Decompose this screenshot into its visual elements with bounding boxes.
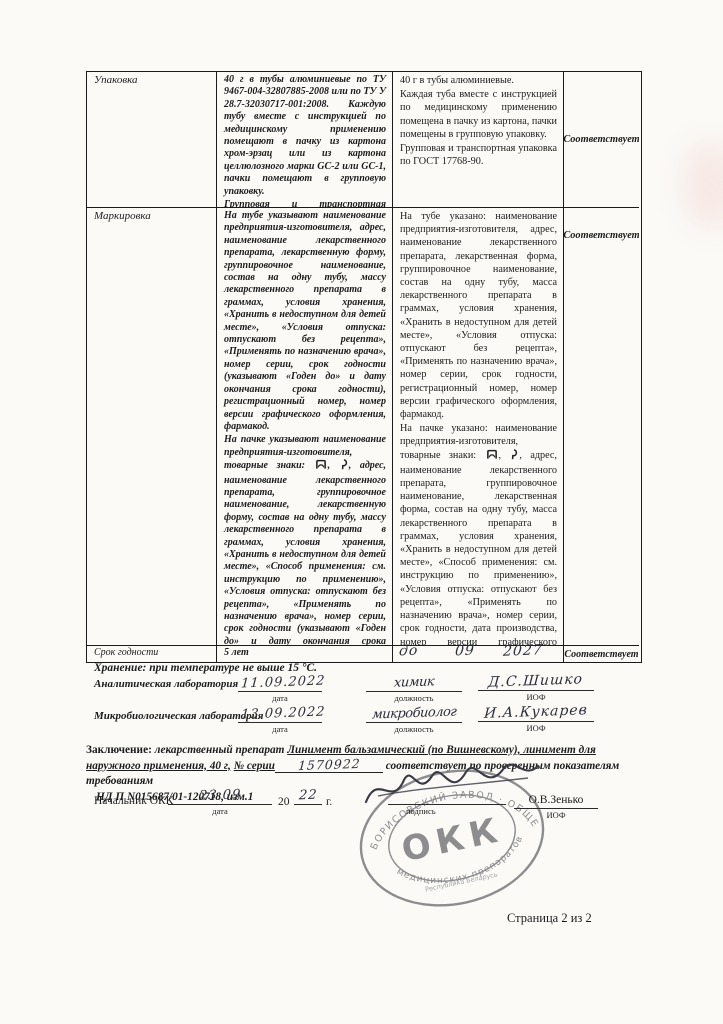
approver-title: Начальник ОКК [94,795,173,807]
packaging-spec-p2: Групповая и транспортная упаковка по ГОС… [224,199,386,207]
tm-separator: , [328,460,331,471]
marking-result-p2b: , адрес, наименование лекарственного пре… [400,450,557,645]
marking-spec-p2b: , адрес, наименование лекарственного пре… [224,460,386,645]
marking-spec-p2: На пачке указывают наименование предприя… [224,434,386,645]
verdict-text: Соответствует [563,134,639,145]
date-caption: дата [238,723,322,734]
analytical-date-field: 11.09.2022 дата [238,673,322,703]
trademark-icon-2 [510,449,518,464]
packaging-result-cell: 40 г в тубы алюминиевые. Каждая туба вме… [392,72,563,207]
scan-smudge [681,140,723,230]
handwritten-approval-year: 22 [298,788,318,804]
approval-year-field: 22 [294,786,322,805]
marking-spec-p1: На тубе указывают наименование предприят… [224,210,386,433]
marking-result-p2: На пачке указано: наименование предприят… [400,422,557,645]
row-label-packaging: Упаковка [87,72,216,207]
approver-name-field: О.В.Зенько ИОФ [514,790,598,820]
trademark-icon-2 [340,459,348,474]
stamp-center-text: ОКК [398,810,507,870]
handwritten-shelf-month-num: 09 [455,645,476,659]
handwritten-name: Д.С.Шишко [488,671,584,690]
verdict-text: Соответствует [564,649,638,660]
tm-separator: , [499,450,502,461]
handwritten-position: химик [393,674,434,690]
marking-result-cell: На тубе указано: наименование предприяти… [392,207,563,645]
micro-position-field: микробиолог должность [366,704,462,734]
packaging-spec-cell: 40 г в тубы алюминиевые по ТУ 9467-004-3… [216,72,392,207]
shelf-life-result-cell: до 09 2027 [392,645,563,662]
packaging-verdict: Соответствует [563,72,639,207]
date-caption: дата [238,692,322,703]
handwritten-position: микробиолог [371,705,456,723]
date-caption: дата [168,805,272,816]
analytical-name-field: Д.С.Шишко ИОФ [478,672,594,702]
row-label-marking: Маркировка [87,207,216,645]
iof-caption: ИОФ [478,691,594,702]
handwritten-name: И.А.Кукарев [484,702,589,722]
handwritten-series-number: 1570922 [297,757,360,770]
packaging-spec-p1: 40 г в тубы алюминиевые по ТУ 9467-004-3… [224,74,386,198]
year-prefix: 20 [278,796,290,808]
micro-name-field: И.А.Кукарев ИОФ [478,703,594,733]
handwritten-shelf-year: 2027 [503,644,544,659]
page-number: Страница 2 из 2 [507,911,592,926]
position-caption: должность [366,723,462,734]
shelf-life-verdict: Соответствует [563,645,639,662]
shelf-life-spec-cell: 5 лет [216,645,392,662]
handwritten-approval-date: 23.09 [198,787,241,804]
handwritten-shelf-month: до [399,645,419,659]
position-caption: должность [366,692,462,703]
conclusion-lead: лекарственный препарат [155,744,285,756]
trademark-icon-1 [315,459,327,474]
row-label-shelf-life: Срок годности [87,645,216,662]
signature-field: подпись [388,792,506,816]
micro-date-field: 13.09.2022 дата [238,704,322,734]
packaging-result-p2: Каждая туба вместе с инструкцией по меди… [400,88,557,141]
year-suffix: г. [326,796,332,808]
signature-caption: подпись [388,805,506,816]
verdict-text: Соответствует [563,230,639,241]
analytical-lab-label: Аналитическая лаборатория [94,678,238,690]
iof-caption: ИОФ [514,809,598,820]
packaging-result-p1: 40 г в тубы алюминиевые. [400,74,557,87]
document-page: Упаковка 40 г в тубы алюминиевые по ТУ 9… [0,0,723,1024]
iof-caption: ИОФ [478,722,594,733]
series-label: № серии [234,760,275,772]
conclusion-heading: Заключение: [86,744,152,756]
handwritten-date: 11.09.2022 [240,674,325,692]
analytical-position-field: химик должность [366,673,462,703]
marking-spec-cell: На тубе указывают наименование предприят… [216,207,392,645]
packaging-result-p3: Групповая и транспортная упаковка по ГОС… [400,142,557,168]
approval-date-field: 23.09 дата [168,786,272,816]
trademark-icon-1 [486,449,498,464]
marking-result-p1: На тубе указано: наименование предприяти… [400,210,557,421]
approver-name: О.В.Зенько [529,794,584,806]
qc-table: Упаковка 40 г в тубы алюминиевые по ТУ 9… [86,71,642,663]
marking-verdict: Соответствует [563,207,639,645]
handwritten-date: 13.09.2022 [240,705,325,723]
